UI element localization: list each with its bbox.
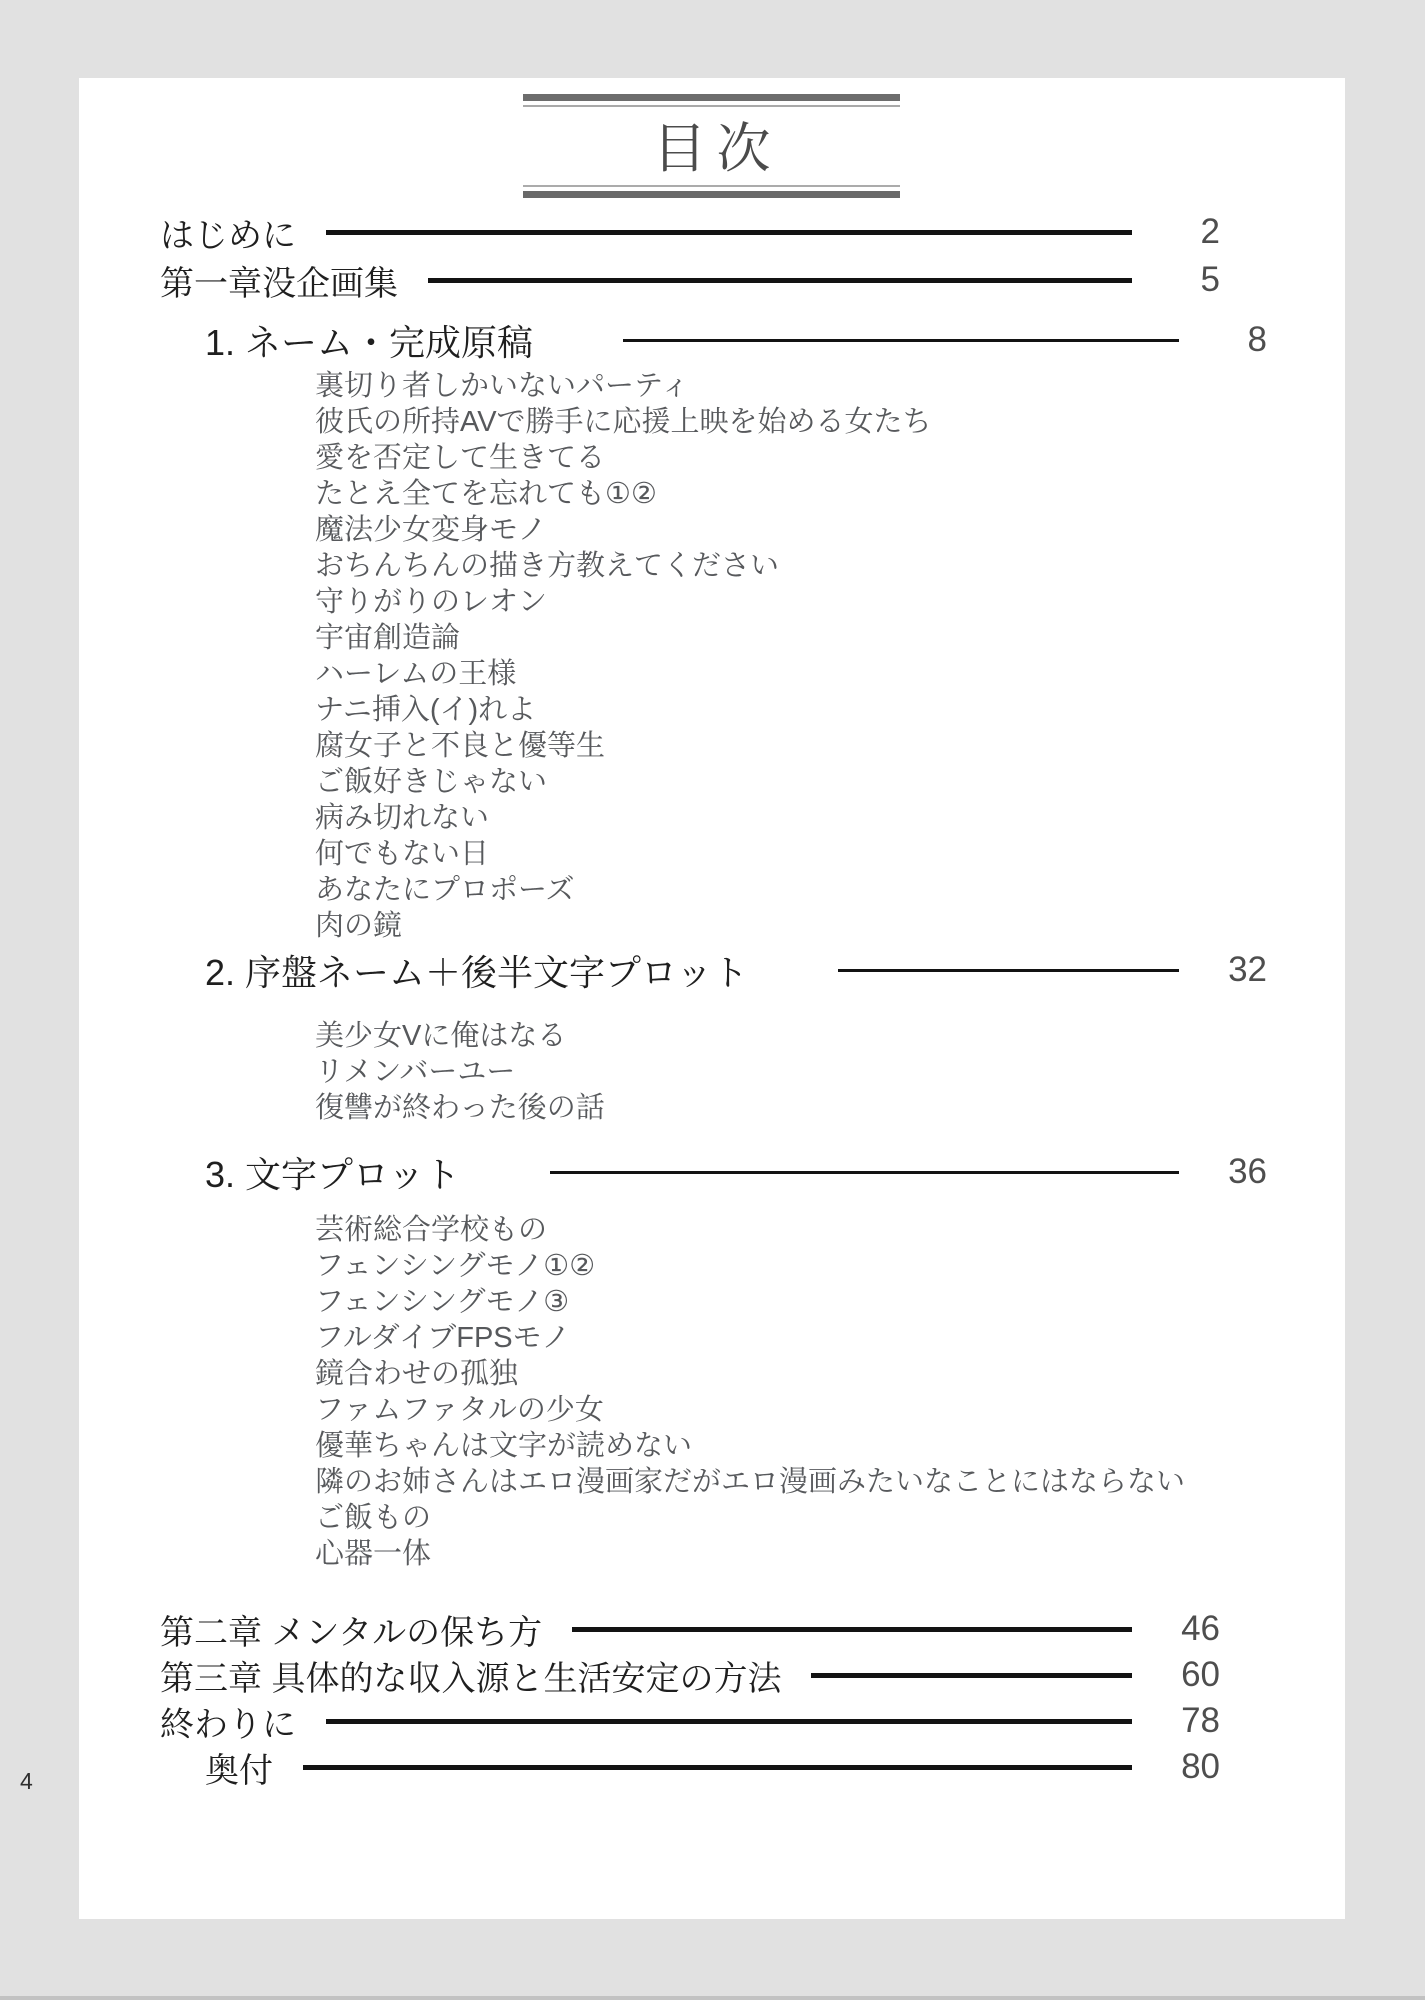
toc-leader-line [838,969,1179,972]
toc-entry: 3. 文字プロット36 [205,1146,1267,1198]
toc-subitem: ハーレムの王様 [315,656,1345,692]
toc-page-number: 8 [1209,320,1267,360]
toc-subitem: 美少女Vに俺はなる [315,1018,1345,1054]
toc-subitem: 何でもない日 [315,836,1345,872]
toc-subitem: 魔法少女変身モノ [315,512,1345,548]
toc-subitem-group: 裏切り者しかいないパーティ彼氏の所持AVで勝手に応援上映を始める女たち愛を否定し… [315,368,1345,944]
toc-entry-label: 1. ネーム・完成原稿 [205,315,533,366]
toc-subitem: 守りがりのレオン [315,584,1345,620]
toc-leader-line [572,1627,1132,1632]
toc-subitem-group: 美少女Vに俺はなるリメンバーユー復讐が終わった後の話 [315,1018,1345,1126]
toc-subitem: 芸術総合学校もの [315,1212,1345,1248]
toc-leader-line [623,339,1179,342]
toc-subitem: フェンシングモノ③ [315,1284,1345,1320]
toc-entry-label: 第三章 具体的な収入源と生活安定の方法 [160,1651,781,1700]
toc-leader-line [326,230,1132,235]
toc-entry-label: 2. 序盤ネーム＋後半文字プロット [205,945,748,996]
toc-leader-line [550,1171,1179,1174]
toc-subitem: おちんちんの描き方教えてください [315,548,1345,584]
toc-subitem: 裏切り者しかいないパーティ [315,368,1345,404]
toc-entry-label: 終わりに [160,1697,296,1746]
toc-subitem: リメンバーユー [315,1054,1345,1090]
toc-subitem: ご飯好きじゃない [315,764,1345,800]
toc-entry-label: 第一章没企画集 [160,256,398,305]
toc-subitem: ナニ挿入(イ)れよ [315,692,1345,728]
toc-subitem: 腐女子と不良と優等生 [315,728,1345,764]
margin-page-number: 4 [20,1768,33,1795]
toc-subitem: 病み切れない [315,800,1345,836]
toc-subitem: フルダイブFPSモノ [315,1320,1345,1356]
toc-page-number: 5 [1162,260,1220,300]
toc-subitem: 肉の鏡 [315,908,1345,944]
document-background: 目次 はじめに2第一章没企画集51. ネーム・完成原稿8裏切り者しかいないパーテ… [0,0,1425,2000]
toc-leader-line [303,1765,1132,1770]
toc-entry: 第三章 具体的な収入源と生活安定の方法60 [160,1652,1220,1698]
toc-subitem: ご飯もの [315,1500,1345,1536]
toc-leader-line [326,1719,1132,1724]
toc-page-number: 78 [1162,1701,1220,1741]
toc-leader-line [428,278,1132,283]
toc-page-number: 80 [1162,1747,1220,1787]
toc-subitem: あなたにプロポーズ [315,872,1345,908]
toc-subitem: 復讐が終わった後の話 [315,1090,1345,1126]
toc-entry: 2. 序盤ネーム＋後半文字プロット32 [205,944,1267,996]
toc-page-number: 36 [1209,1152,1267,1192]
toc-subitem: 彼氏の所持AVで勝手に応援上映を始める女たち [315,404,1345,440]
bottom-edge-shadow [0,1996,1425,2000]
toc-subitem: 鏡合わせの孤独 [315,1356,1345,1392]
toc-entry: 第一章没企画集5 [160,256,1220,304]
toc-entry-label: 第二章 メンタルの保ち方 [160,1605,542,1654]
toc-subitem: 心器一体 [315,1536,1345,1572]
toc-subitem: たとえ全てを忘れても①② [315,476,1345,512]
toc-subitem: 優華ちゃんは文字が読めない [315,1428,1345,1464]
toc-entry: 終わりに78 [160,1698,1220,1744]
toc-subitem: 隣のお姉さんはエロ漫画家だがエロ漫画みたいなことにはならない [315,1464,1345,1500]
toc-entry: 奥付80 [205,1744,1220,1790]
toc-page-number: 32 [1209,950,1267,990]
toc-entry: 1. ネーム・完成原稿8 [205,314,1267,366]
toc-page: 目次 はじめに2第一章没企画集51. ネーム・完成原稿8裏切り者しかいないパーテ… [79,78,1345,1919]
toc-subitem: ファムファタルの少女 [315,1392,1345,1428]
toc-subitem: フェンシングモノ①② [315,1248,1345,1284]
toc-entry-label: はじめに [160,208,296,257]
toc-list: はじめに2第一章没企画集51. ネーム・完成原稿8裏切り者しかいないパーティ彼氏… [79,78,1345,1790]
toc-subitem: 愛を否定して生きてる [315,440,1345,476]
toc-entry: 第二章 メンタルの保ち方46 [160,1606,1220,1652]
toc-page-number: 46 [1162,1609,1220,1649]
toc-entry-label: 奥付 [205,1743,273,1792]
toc-subitem-group: 芸術総合学校ものフェンシングモノ①②フェンシングモノ③フルダイブFPSモノ鏡合わ… [315,1212,1345,1572]
toc-entry-label: 3. 文字プロット [205,1147,460,1198]
toc-page-number: 60 [1162,1655,1220,1695]
toc-leader-line [811,1673,1132,1678]
toc-subitem: 宇宙創造論 [315,620,1345,656]
toc-page-number: 2 [1162,212,1220,252]
toc-entry: はじめに2 [160,208,1220,256]
